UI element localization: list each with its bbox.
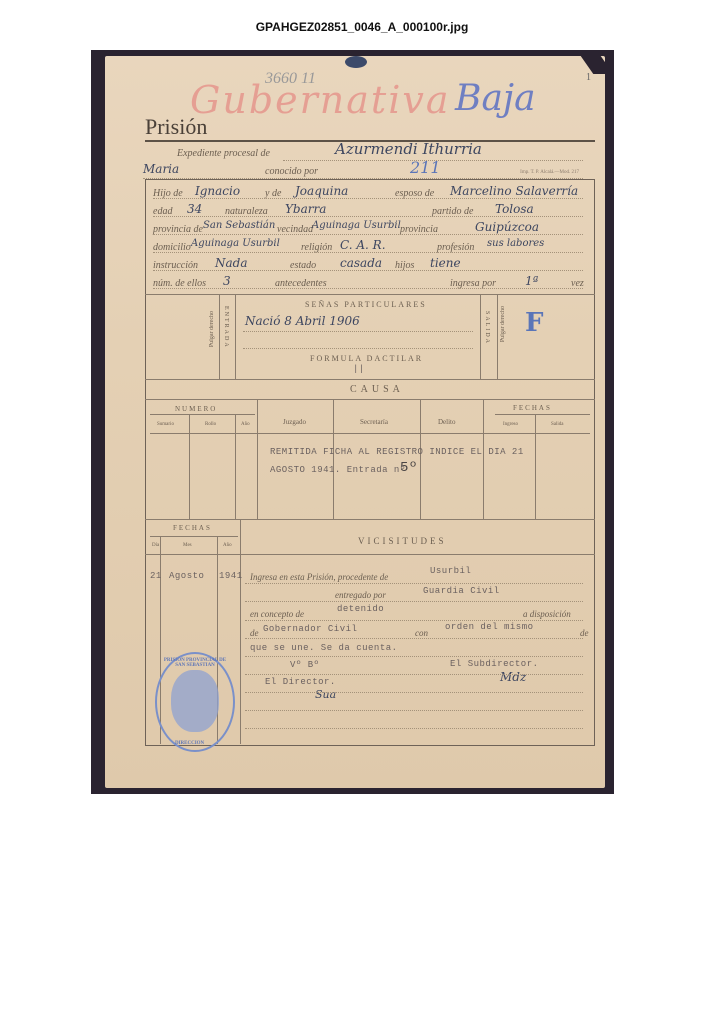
ink-blot — [345, 56, 367, 68]
printer-note: Imp. T. P. Alcalá.—Mod. 217 — [520, 170, 579, 175]
dotted-line — [245, 656, 583, 657]
pulgar-salida-label: Pulgar derecho — [500, 306, 506, 342]
entrada-label: ENTRADA — [223, 306, 229, 349]
religion-value: C. A. R. — [340, 238, 386, 252]
column-divider — [333, 399, 334, 519]
concepto-value: detenido — [337, 604, 384, 614]
numero-label: NUMERO — [175, 405, 217, 413]
col-juzgado: Juzgado — [283, 418, 306, 426]
dotted-line — [153, 270, 583, 271]
director-label: El Director. — [265, 677, 336, 687]
conocido-value: 211 — [410, 158, 441, 177]
dotted-line — [243, 331, 473, 332]
column-divider — [535, 414, 536, 519]
causa-note-line1: REMITIDA FICHA AL REGISTRO INDICE EL DIA… — [270, 447, 524, 457]
naturaleza-value: Ybarra — [285, 202, 326, 216]
dotted-line — [153, 288, 583, 289]
column-divider — [483, 399, 484, 519]
dotted-line — [153, 252, 583, 253]
dotted-line — [245, 583, 583, 584]
col-ano: Año — [241, 422, 250, 427]
orden-value: orden del mismo — [445, 622, 534, 632]
director-signature: Sua — [315, 688, 336, 701]
column-divider — [189, 414, 190, 519]
fechas-label: FECHAS — [513, 404, 552, 412]
seal-text-top: PRISION PROVINCIAL DE SAN SEBASTIAN — [163, 658, 227, 668]
section-divider — [145, 399, 595, 400]
dotted-line — [245, 601, 583, 602]
causa-note-line2: AGOSTO 1941. Entrada nº — [270, 465, 406, 475]
prison-record-form: Gubernativa 3660 11 Baja 1 Prisión Exped… — [105, 56, 605, 788]
col-rollo: Rollo — [205, 422, 216, 427]
vic-mes-label: Mes — [183, 543, 192, 548]
num-hijos-value: 3 — [223, 274, 231, 288]
header-divider — [150, 414, 255, 415]
section-divider — [145, 379, 595, 380]
column-divider — [257, 399, 258, 519]
file-name: GPAHGEZ02851_0046_A_000100r.jpg — [0, 20, 724, 34]
nombre-value: Maria — [143, 162, 179, 176]
concepto-label: en concepto de — [250, 609, 304, 619]
section-divider — [145, 294, 595, 295]
formula-dactilar-label: FORMULA DACTILAR — [310, 354, 423, 363]
header-divider — [150, 433, 590, 434]
subdirector-signature: Mdz — [500, 670, 526, 684]
expediente-value: Azurmendi Ithurria — [335, 140, 482, 158]
page-number: 1 — [586, 72, 591, 83]
col-salida: Salida — [551, 422, 564, 427]
de2-label: de — [580, 628, 589, 638]
formula-dactilar-value: || — [353, 364, 365, 374]
header-divider — [150, 536, 238, 537]
partido-value: Tolosa — [495, 202, 534, 216]
column-divider — [420, 399, 421, 519]
que-se-une-line: que se une. Se da cuenta. — [250, 643, 398, 653]
causa-entrada-num: 5º — [400, 460, 418, 476]
dotted-line — [153, 216, 583, 217]
con-label: con — [415, 628, 428, 638]
dotted-line — [153, 234, 583, 235]
column-divider — [235, 294, 236, 379]
provincia2-value: Guipúzcoa — [475, 220, 539, 234]
salida-mark: F — [525, 308, 543, 338]
entregado-label: entregado por — [335, 590, 386, 600]
scanned-document: Gubernativa 3660 11 Baja 1 Prisión Exped… — [91, 50, 614, 794]
seal-text-bottom: DIRECCION — [175, 741, 204, 746]
hijos-value: tiene — [430, 256, 461, 270]
header-divider — [495, 414, 590, 415]
autoridad-value: Gobernador Civil — [263, 624, 357, 634]
disposicion-label: a disposición — [523, 609, 571, 619]
dotted-line — [243, 348, 473, 349]
dotted-line — [245, 638, 583, 639]
entregado-value: Guardia Civil — [423, 586, 500, 596]
ingresa-prision-label: Ingresa en esta Prisión, procedente de — [250, 572, 388, 582]
conocido-label: conocido por — [265, 166, 318, 177]
vic-mes: Agosto — [169, 571, 204, 581]
column-divider — [219, 294, 220, 379]
expediente-label: Expediente procesal de — [177, 148, 270, 159]
section-divider — [145, 519, 595, 520]
dotted-line — [245, 620, 583, 621]
de-label: de — [250, 628, 259, 638]
esposo-value: Marcelino Salaverría — [450, 184, 578, 198]
col-sumario: Sumario — [157, 422, 174, 427]
domicilio-value: Aguinaga Usurbil — [191, 238, 280, 249]
provincia-value: San Sebastián — [203, 220, 275, 231]
form-title: Prisión — [145, 114, 207, 140]
vic-ano-label: Año — [223, 543, 232, 548]
senas-value: Nació 8 Abril 1906 — [245, 314, 360, 328]
ingresa-value: 1ª — [525, 274, 538, 288]
instruccion-value: Nada — [215, 256, 248, 270]
eagle-emblem-icon — [171, 670, 219, 732]
red-annotation: Gubernativa — [190, 78, 450, 122]
prison-seal-stamp: PRISION PROVINCIAL DE SAN SEBASTIAN DIRE… — [155, 652, 235, 752]
status-annotation: Baja — [455, 78, 536, 119]
col-delito: Delito — [438, 418, 456, 426]
vicisitudes-title: VICISITUDES — [358, 536, 447, 546]
dotted-line — [245, 692, 583, 693]
y-de-value: Joaquina — [295, 184, 348, 198]
estado-value: casada — [340, 256, 382, 270]
dotted-line — [245, 674, 583, 675]
col-secretaria: Secretaría — [360, 418, 388, 426]
subdirector-label: El Subdirector. — [450, 659, 539, 669]
salida-label: SALIDA — [484, 311, 490, 345]
hijo-de-value: Ignacio — [195, 184, 240, 198]
procedente-value: Usurbil — [430, 566, 471, 576]
vic-dia: 21 — [150, 571, 162, 581]
vic-dia-label: Día — [152, 543, 159, 548]
dotted-line — [245, 710, 583, 711]
vic-fechas-label: FECHAS — [173, 524, 212, 532]
col-ingreso: Ingreso — [503, 422, 518, 427]
column-divider — [240, 519, 241, 744]
column-divider — [235, 414, 236, 519]
pulgar-entrada-label: Pulgar derecho — [209, 311, 215, 347]
vobo-label: Vº Bº — [290, 660, 320, 670]
header-divider — [145, 554, 595, 555]
profesion-value: sus labores — [487, 238, 544, 249]
dotted-line — [153, 198, 583, 199]
column-divider — [480, 294, 481, 379]
vic-ano: 1941 — [219, 571, 243, 581]
senas-title: SEÑAS PARTICULARES — [305, 300, 427, 309]
edad-value: 34 — [187, 202, 202, 216]
dotted-line — [245, 728, 583, 729]
causa-title: CAUSA — [350, 384, 404, 395]
vecindad-value: Aguinaga Usurbil — [312, 220, 401, 231]
pencil-note: 3660 11 — [265, 70, 316, 88]
column-divider — [497, 294, 498, 379]
